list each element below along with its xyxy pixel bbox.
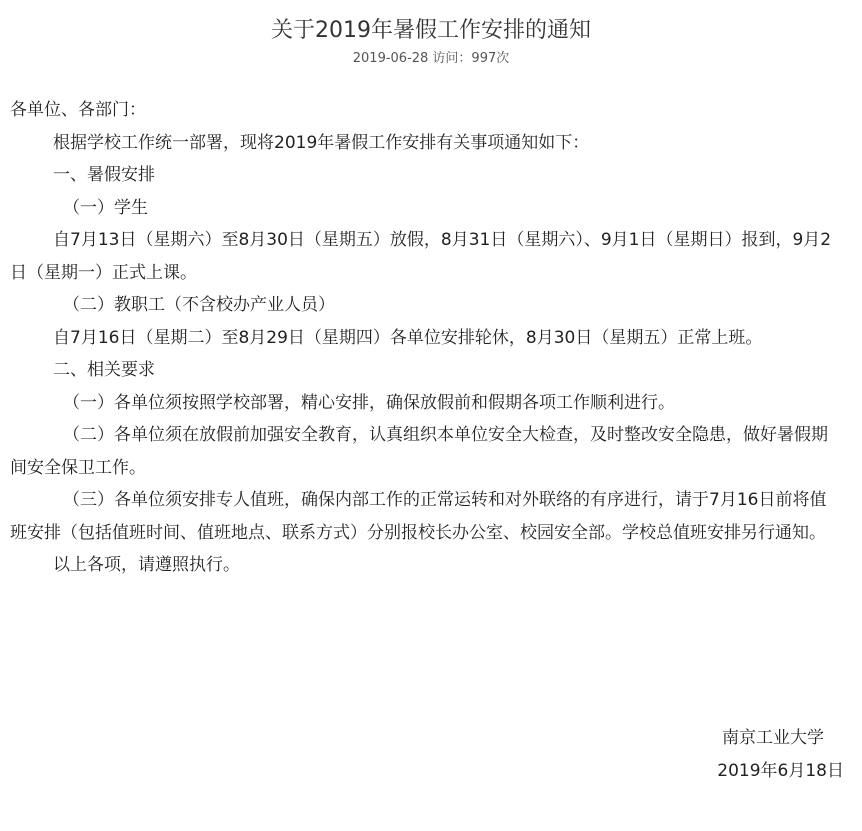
salutation: 各单位、各部门： — [10, 94, 840, 127]
subheading-students: （一）学生 — [10, 192, 840, 225]
requirement-item: （一）各单位须按照学校部署，精心安排，确保放假前和假期各项工作顺利进行。 — [10, 387, 840, 420]
article-meta: 2019-06-28 访问：997次 — [0, 49, 862, 69]
closing-paragraph: 以上各项，请遵照执行。 — [10, 549, 840, 582]
signature-block: 南京工业大学 2019年6月18日 — [717, 722, 844, 787]
requirement-item: （二）各单位须在放假前加强安全教育，认真组织本单位安全大检查，及时整改安全隐患，… — [10, 419, 840, 484]
students-paragraph: 自7月13日（星期六）至8月30日（星期五）放假，8月31日（星期六）、9月1日… — [10, 224, 840, 289]
staff-paragraph: 自7月16日（星期二）至8月29日（星期四）各单位安排轮休，8月30日（星期五）… — [10, 322, 840, 355]
section-heading-requirements: 二、相关要求 — [10, 354, 840, 387]
article-body: 各单位、各部门： 根据学校工作统一部署，现将2019年暑假工作安排有关事项通知如… — [10, 94, 840, 582]
requirement-item: （三）各单位须安排专人值班，确保内部工作的正常运转和对外联络的有序进行，请于7月… — [10, 484, 840, 549]
signature-date: 2019年6月18日 — [717, 755, 844, 788]
subheading-staff: （二）教职工（不含校办产业人员） — [10, 289, 840, 322]
intro-paragraph: 根据学校工作统一部署，现将2019年暑假工作安排有关事项通知如下： — [10, 127, 840, 160]
article-title: 关于2019年暑假工作安排的通知 — [0, 16, 862, 46]
section-heading-vacation: 一、暑假安排 — [10, 159, 840, 192]
signature-org: 南京工业大学 — [717, 722, 844, 755]
